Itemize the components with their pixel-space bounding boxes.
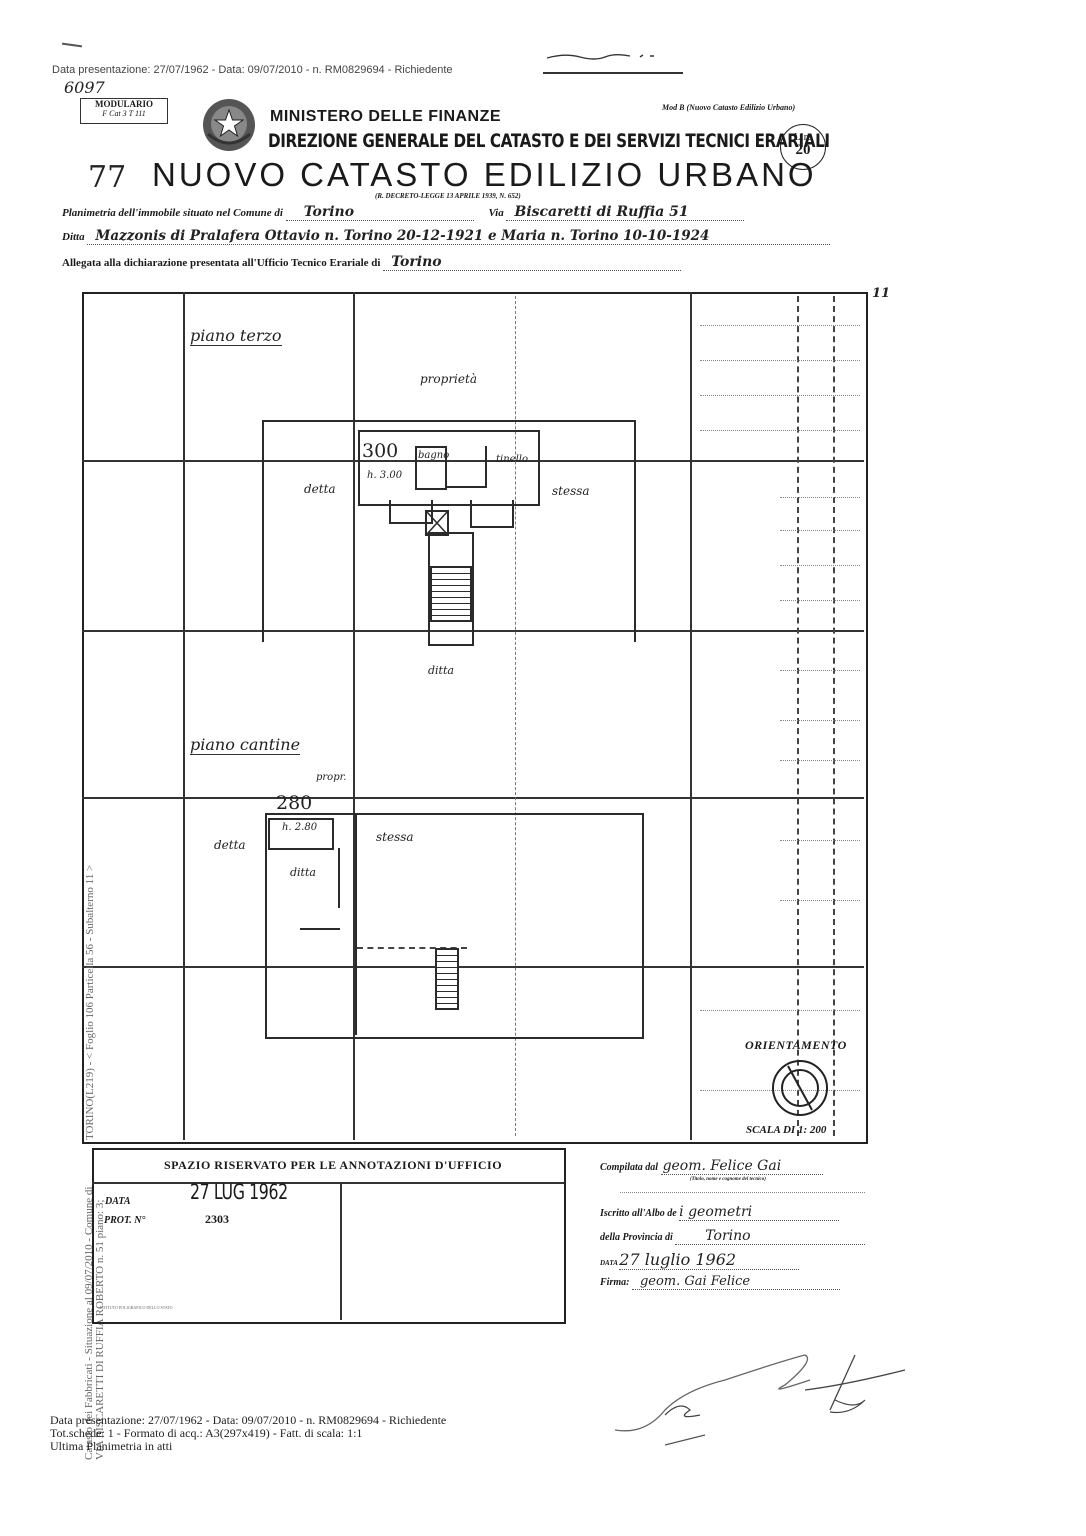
orientation-label: ORIENTAMENTO xyxy=(745,1038,847,1053)
room-bath-label: bagno xyxy=(418,450,449,461)
grid-minor xyxy=(700,325,860,326)
cellar-wall xyxy=(338,848,340,908)
office-data-label: DATA xyxy=(105,1196,131,1207)
printer-note: ISTITUTO POLIGRAFICO DELLO STATO xyxy=(100,1305,173,1310)
upper-height-code: 300 xyxy=(362,440,398,462)
scale-label: SCALA DI 1: 200 xyxy=(746,1124,826,1136)
grid-minor xyxy=(780,497,860,498)
grid-minor xyxy=(780,900,860,901)
provincia-value: Torino xyxy=(675,1228,865,1245)
top-meta-line: Data presentazione: 27/07/1962 - Data: 0… xyxy=(52,64,453,76)
office-data-stamp: 27 LUG 1962 xyxy=(190,1180,288,1204)
iscritto-label: Iscritto all'Albo de xyxy=(600,1208,677,1219)
comune-row: Planimetria dell'immobile situato nel Co… xyxy=(62,204,822,226)
grid-minor xyxy=(700,430,860,431)
ditta-value: Mazzonis di Pralafera Ottavio n. Torino … xyxy=(87,228,830,245)
directorate-name: DIREZIONE GENERALE DEL CATASTO E DEI SER… xyxy=(268,130,830,152)
ditta-label: Ditta xyxy=(62,231,85,243)
top-scribble xyxy=(545,50,665,60)
grid-minor xyxy=(700,1010,860,1011)
entry-wall xyxy=(470,500,514,528)
iscritto-value: i geometri xyxy=(679,1204,839,1221)
compiler-date-value: 27 luglio 1962 xyxy=(619,1250,799,1270)
compilata-hint: (Titolo, nome e cognome del tecnico) xyxy=(690,1177,766,1182)
firma-row: Firma: geom. Gai Felice xyxy=(600,1274,870,1290)
room-dining-label: tinello xyxy=(496,454,528,465)
upper-label-bottom: ditta xyxy=(428,664,454,677)
modulario-label: MODULARIO xyxy=(81,99,167,109)
compiler-date-label: DATA xyxy=(600,1259,618,1267)
top-underline xyxy=(543,72,683,74)
grid-minor xyxy=(780,840,860,841)
decree-reference: (R. DECRETO-LEGGE 13 APRILE 1939, N. 652… xyxy=(375,192,521,200)
firma-value: geom. Gai Felice xyxy=(632,1274,840,1290)
compilata-row: Compilata dal geom. Felice Gai xyxy=(600,1158,870,1175)
blank-line xyxy=(620,1192,865,1193)
upper-stairs xyxy=(430,566,472,622)
footer-line-3: Ultima Planimetria in atti xyxy=(50,1440,446,1453)
italian-republic-emblem-icon xyxy=(200,96,258,154)
compilata-value: geom. Felice Gai xyxy=(661,1158,823,1175)
page-mark: 11 xyxy=(872,286,890,301)
lower-height-code: 280 xyxy=(276,792,312,814)
provincia-row: della Provincia di Torino xyxy=(600,1228,870,1245)
grid-minor xyxy=(780,720,860,721)
upper-floor-title: piano terzo xyxy=(190,326,282,346)
allegata-label: Allegata alla dichiarazione presentata a… xyxy=(62,257,380,269)
allegata-value: Torino xyxy=(383,254,681,271)
comune-value: Torino xyxy=(286,204,474,221)
office-box-title: SPAZIO RISERVATO PER LE ANNOTAZIONI D'UF… xyxy=(164,1158,502,1173)
office-prot-label: PROT. N° xyxy=(104,1215,145,1226)
grid-line xyxy=(183,292,185,1140)
compass-icon xyxy=(770,1058,830,1118)
grid-minor xyxy=(780,530,860,531)
cellar-wall xyxy=(300,928,340,930)
compilata-label: Compilata dal xyxy=(600,1162,658,1173)
modulario-box: MODULARIO F Cat 3 T 111 xyxy=(80,98,168,124)
signature-icon xyxy=(605,1340,925,1450)
lower-height: h. 2.80 xyxy=(282,822,317,833)
grid-minor xyxy=(780,600,860,601)
document-title: NUOVO CATASTO EDILIZIO URBANO xyxy=(152,156,817,194)
lower-label-inner: ditta xyxy=(290,866,316,879)
lower-label-right: stessa xyxy=(376,830,414,844)
grid-minor xyxy=(700,395,860,396)
provincia-label: della Provincia di xyxy=(600,1232,673,1243)
footer: Data presentazione: 27/07/1962 - Data: 0… xyxy=(50,1414,446,1453)
model-reference: Mod B (Nuovo Catasto Edilizio Urbano) xyxy=(662,103,795,112)
office-prot-value: 2303 xyxy=(205,1212,229,1227)
upper-label-right: stessa xyxy=(552,484,590,498)
sheet-number: 77 xyxy=(88,160,126,195)
ministry-name: MINISTERO DELLE FINANZE xyxy=(270,108,501,126)
office-box-divider xyxy=(92,1182,564,1184)
dining-room-wall xyxy=(445,446,487,488)
office-box-divider xyxy=(340,1182,342,1320)
upper-label-top: proprietà xyxy=(420,372,477,386)
upper-height: h. 3.00 xyxy=(367,470,402,481)
compiler-date-row: DATA 27 luglio 1962 xyxy=(600,1250,870,1270)
grid-line xyxy=(690,292,692,1140)
lower-label-left: detta xyxy=(214,838,246,852)
allegata-row: Allegata alla dichiarazione presentata a… xyxy=(62,254,842,276)
grid-minor xyxy=(700,360,860,361)
grid-minor xyxy=(780,670,860,671)
grid-line xyxy=(82,797,864,799)
comune-label: Planimetria dell'immobile situato nel Co… xyxy=(62,207,283,219)
ditta-row: Ditta Mazzonis di Pralafera Ottavio n. T… xyxy=(62,228,842,250)
scan-mark xyxy=(62,43,82,48)
firma-label: Firma: xyxy=(600,1277,629,1288)
grid-minor xyxy=(780,760,860,761)
grid-minor xyxy=(780,565,860,566)
lower-stairs xyxy=(435,948,459,1010)
office-annotations-box xyxy=(92,1148,566,1324)
side-text-cadastral-ref: TORINO(L219) - < Foglio 106 Particella 5… xyxy=(84,865,96,1140)
via-value: Biscaretti di Ruffia 51 xyxy=(506,204,744,221)
iscritto-row: Iscritto all'Albo de i geometri xyxy=(600,1204,870,1221)
cellar-wall xyxy=(355,815,357,1035)
via-label: Via xyxy=(488,207,503,219)
upper-label-left: detta xyxy=(304,482,336,496)
handwritten-number: 6097 xyxy=(64,78,105,97)
lower-floor-title: piano cantine xyxy=(190,735,300,755)
modulario-code: F Cat 3 T 111 xyxy=(81,109,167,119)
lower-label-top: propr. xyxy=(316,772,346,783)
